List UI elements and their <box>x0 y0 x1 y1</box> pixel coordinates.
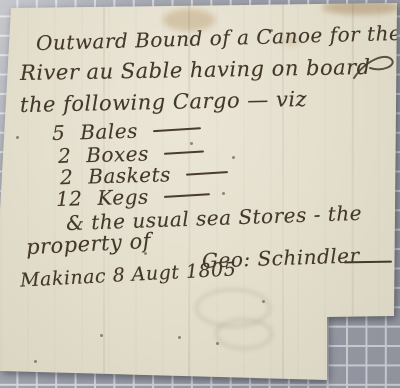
pen-flourish-stroke <box>352 50 396 84</box>
dateline: Makinac 8 Augt 1805 <box>20 258 237 291</box>
manuscript-line-2: River au Sable having on board <box>20 55 371 85</box>
photograph: Outward Bound of a Canoe for the River a… <box>0 0 400 388</box>
cargo-qty: 2 <box>60 165 74 189</box>
cargo-qty: 12 <box>56 186 83 211</box>
dash-stroke <box>164 150 204 154</box>
foxing-dot <box>232 156 235 159</box>
dash-stroke <box>186 171 228 176</box>
foxing-dot <box>16 136 19 139</box>
signature-dash-stroke <box>344 261 392 264</box>
paper-shadow-wrapper: Outward Bound of a Canoe for the River a… <box>0 0 400 388</box>
foxing-dot <box>178 336 181 339</box>
manuscript-paper: Outward Bound of a Canoe for the River a… <box>0 0 400 388</box>
stain <box>322 0 400 15</box>
manuscript-line-1: Outward Bound of a Canoe for the <box>36 21 400 55</box>
bleed-through-mark <box>215 318 273 350</box>
property-line: property of <box>25 229 151 260</box>
foxing-dot <box>34 360 37 363</box>
dash-stroke <box>164 193 210 198</box>
foxing-dot <box>100 334 103 337</box>
cargo-label: Bales <box>80 119 138 145</box>
dash-stroke <box>153 127 201 132</box>
cargo-qty: 5 <box>52 121 66 145</box>
foxing-dot <box>222 192 225 195</box>
manuscript-line-3: the following Cargo — viz <box>20 87 308 117</box>
cargo-label: Kegs <box>97 185 149 210</box>
